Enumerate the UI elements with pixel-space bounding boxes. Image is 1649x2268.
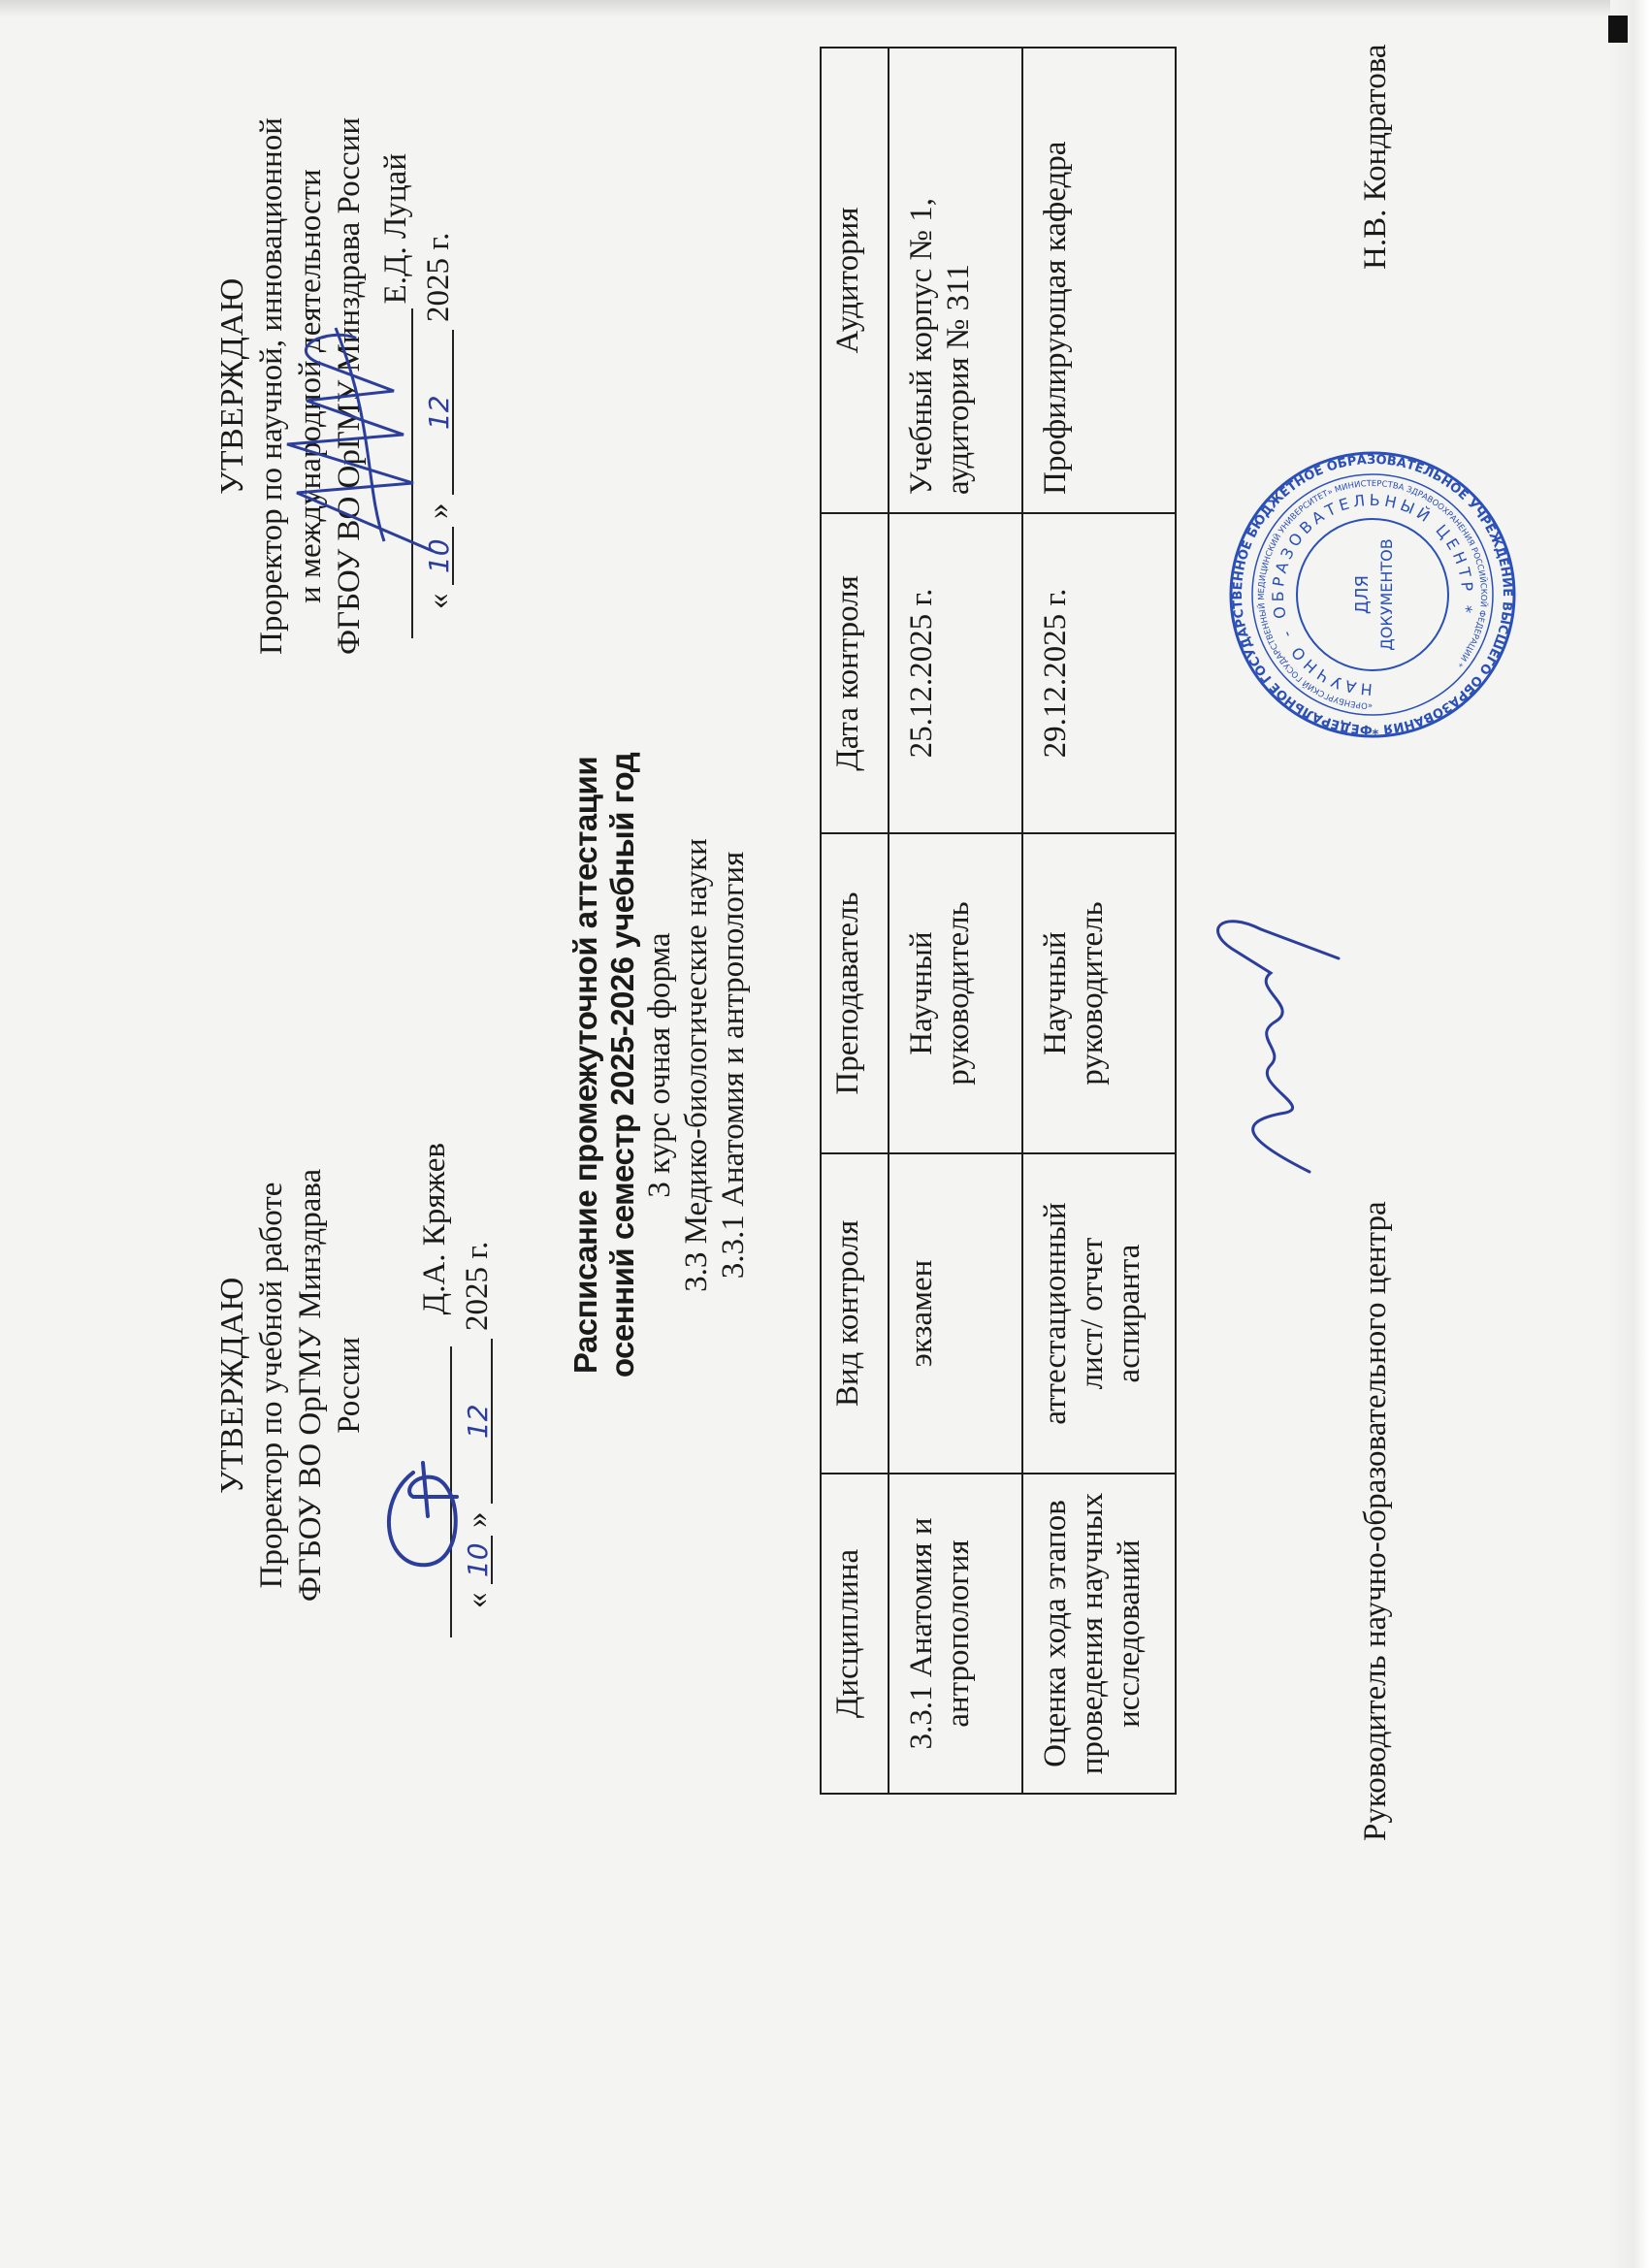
stamp-inner-text: НАУЧНО - ОБРАЗОВАТЕЛЬНЫЙ ЦЕНТР *: [1269, 491, 1476, 699]
approval-block-research: УТВЕРЖДАЮ Проректор по научной, инноваци…: [213, 95, 458, 677]
table-row: Оценка хода этапов проведения научных ис…: [1022, 48, 1176, 1794]
column-header-control-type: Вид контроля: [821, 1153, 889, 1474]
signature-row: Е.Д. Луцай: [374, 95, 419, 677]
schedule-table: Дисциплина Вид контроля Преподаватель Да…: [820, 47, 1177, 1795]
quote-open: «: [460, 1593, 495, 1609]
document-page: УТВЕРЖДАЮ Проректор по учебной работе ФГ…: [0, 0, 1649, 2268]
approval-org-line: ФГБОУ ВО ОрГМУ Минздрава России: [291, 1123, 369, 1647]
subtitle-course: 3 курс очная форма: [641, 522, 678, 1608]
svg-text:«ОРЕНБУРГСКИЙ ГОСУДАРСТВЕННЫЙ: «ОРЕНБУРГСКИЙ ГОСУДАРСТВЕННЫЙ МЕДИЦИНСКИ…: [1255, 479, 1490, 710]
table-header-row: Дисциплина Вид контроля Преподаватель Да…: [821, 48, 889, 1794]
subtitle-specialty: 3.3.1 Анатомия и антропология: [715, 522, 752, 1608]
cell-date: 25.12.2025 г.: [889, 513, 1022, 833]
stamp-center-line: ДЛЯ: [1352, 575, 1373, 614]
cell-teacher: Научный руководитель: [1022, 833, 1176, 1153]
cell-date: 29.12.2025 г.: [1022, 513, 1176, 833]
signature-row: Д.А. Кряжев: [413, 1123, 458, 1647]
cell-teacher: Научный руководитель: [889, 833, 1022, 1153]
approval-signer-name: Е.Д. Луцай: [376, 153, 415, 304]
stamp-middle-text: «ОРЕНБУРГСКИЙ ГОСУДАРСТВЕННЫЙ МЕДИЦИНСКИ…: [1255, 479, 1490, 710]
signer-name: Н.В. Кондратова: [1358, 45, 1394, 270]
approval-block-academic: УТВЕРЖДАЮ Проректор по учебной работе ФГ…: [213, 1123, 497, 1647]
handwritten-signature-icon: [1193, 891, 1348, 1182]
column-header-teacher: Преподаватель: [821, 833, 889, 1153]
cell-control-type: аттестационный лист/ отчет аспиранта: [1022, 1153, 1176, 1474]
column-header-discipline: Дисциплина: [821, 1474, 889, 1794]
subtitle-field: 3.3 Медико-биологические науки: [678, 522, 715, 1608]
svg-text:НАУЧНО - ОБРАЗОВАТЕЛЬНЫЙ ЦЕНТР: НАУЧНО - ОБРАЗОВАТЕЛЬНЫЙ ЦЕНТР *: [1269, 491, 1476, 699]
date-year: 2025 г.: [460, 1242, 495, 1331]
column-header-room: Аудитория: [821, 48, 889, 513]
approval-position-line: Проректор по учебной работе: [252, 1123, 291, 1647]
approval-heading: УТВЕРЖДАЮ: [213, 1123, 252, 1647]
cell-discipline: 3.3.1 Анатомия и антропология: [889, 1474, 1022, 1794]
date-year: 2025 г.: [421, 233, 456, 322]
official-stamp-icon: ФЕДЕРАЛЬНОЕ ГОСУДАРСТВЕННОЕ БЮДЖЕТНОЕ ОБ…: [1227, 449, 1518, 740]
cell-room: Профилирующая кафедра: [1022, 48, 1176, 513]
column-header-date: Дата контроля: [821, 513, 889, 833]
signer-role: Руководитель научно-образовательного цен…: [1358, 1201, 1394, 1841]
table-row: 3.3.1 Анатомия и антропология экзамен На…: [889, 48, 1022, 1794]
cell-discipline: Оценка хода этапов проведения научных ис…: [1022, 1474, 1176, 1794]
document-title: Расписание промежуточной аттестации осен…: [567, 522, 752, 1608]
handwritten-signature-icon: [374, 1424, 471, 1589]
stamp-center-line: ДОКУМЕНТОВ: [1377, 538, 1396, 651]
handwritten-signature-icon: [268, 318, 452, 570]
title-line: Расписание промежуточной аттестации: [567, 522, 604, 1608]
cell-control-type: экзамен: [889, 1153, 1022, 1474]
cell-room: Учебный корпус № 1, аудитория № 311: [889, 48, 1022, 513]
title-line: осенний семестр 2025-2026 учебный год: [604, 522, 641, 1608]
quote-open: «: [421, 594, 456, 610]
approval-signer-name: Д.А. Кряжев: [415, 1143, 454, 1314]
approval-heading: УТВЕРЖДАЮ: [213, 95, 252, 677]
